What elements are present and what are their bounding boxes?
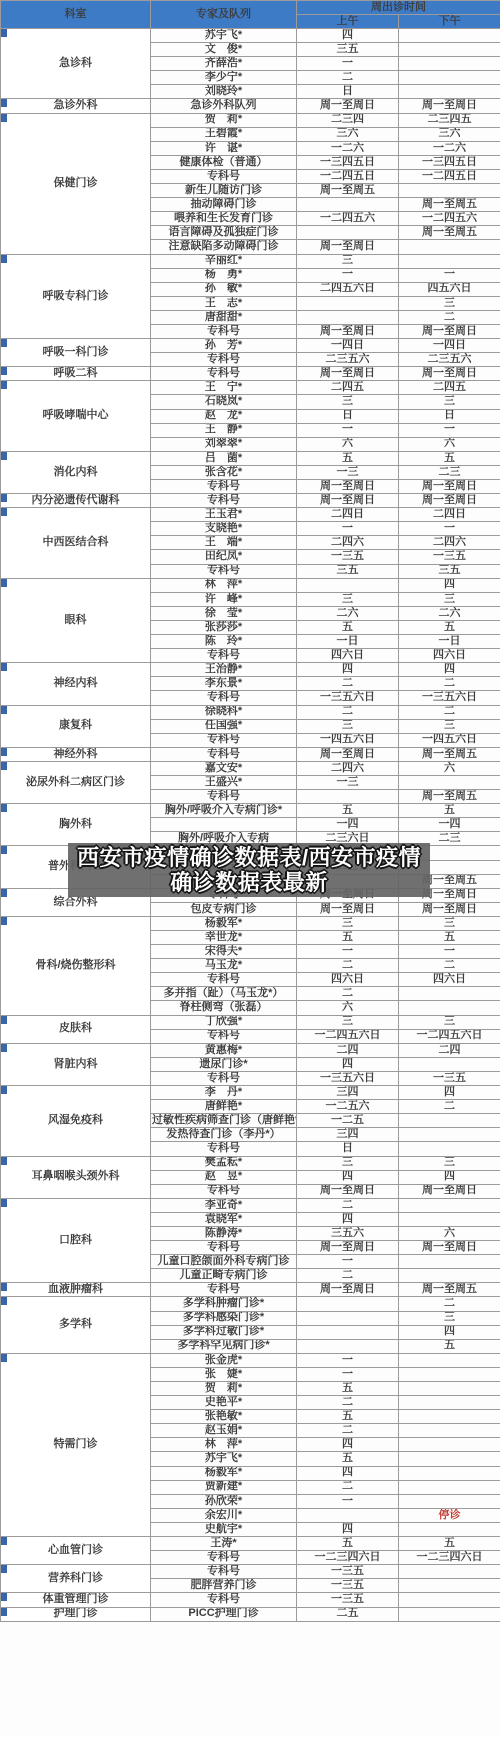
- pm-cell: 三: [399, 592, 500, 606]
- dept-cell: 肾脏内科: [1, 1043, 151, 1085]
- pm-cell: 四: [399, 663, 500, 677]
- pm-cell: [399, 1438, 500, 1452]
- am-cell: 周一至周日: [297, 902, 399, 916]
- am-cell: 三五: [297, 564, 399, 578]
- pm-cell: 二四五: [399, 381, 500, 395]
- dept-cell: 神经外科: [1, 747, 151, 761]
- expert-cell: 石晓岚*: [151, 395, 297, 409]
- dept-cell: 风湿免疫科: [1, 1086, 151, 1156]
- table-row: 营养科门诊专科号一三五: [1, 1565, 500, 1579]
- expert-cell: 专科号: [151, 1593, 297, 1607]
- pm-cell: 二三四五: [399, 113, 500, 127]
- pm-cell: 一日: [399, 635, 500, 649]
- am-cell: 一三: [297, 465, 399, 479]
- expert-cell: 专科号: [151, 353, 297, 367]
- expert-cell: 余宏川*: [151, 1508, 297, 1522]
- dept-cell: 皮肤科: [1, 1015, 151, 1043]
- pm-cell: 一三四五日: [399, 155, 500, 169]
- pm-cell: 周一至周日: [399, 367, 500, 381]
- am-cell: 五: [297, 931, 399, 945]
- expert-cell: 张含花*: [151, 465, 297, 479]
- am-cell: 周一至周日: [297, 1283, 399, 1297]
- pm-cell: 三六: [399, 127, 500, 141]
- pm-cell: [399, 987, 500, 1001]
- table-row: 呼吸哮喘中心王 宁*二四五二四五: [1, 381, 500, 395]
- am-cell: [297, 226, 399, 240]
- am-cell: 二: [297, 1396, 399, 1410]
- dept-cell: 骨科/烧伤整形科: [1, 916, 151, 1015]
- am-cell: [297, 578, 399, 592]
- expert-cell: 史艳平*: [151, 1396, 297, 1410]
- expert-cell: 包皮专病门诊: [151, 902, 297, 916]
- header-am: 上午: [297, 15, 399, 29]
- pm-cell: 一二四五六日: [399, 1029, 500, 1043]
- am-cell: 四: [297, 1466, 399, 1480]
- pm-cell: 四: [399, 578, 500, 592]
- expert-cell: 健康体检（普通）: [151, 155, 297, 169]
- dept-cell: 护理门诊: [1, 1607, 151, 1621]
- am-cell: 五: [297, 1382, 399, 1396]
- pm-cell: [399, 1269, 500, 1283]
- am-cell: 三: [297, 395, 399, 409]
- table-row: 消化内科吕 菌*五五: [1, 451, 500, 465]
- expert-cell: 王涛*: [151, 1537, 297, 1551]
- am-cell: 日: [297, 1142, 399, 1156]
- am-cell: 二: [297, 1480, 399, 1494]
- pm-cell: 一四: [399, 818, 500, 832]
- am-cell: 四: [297, 29, 399, 43]
- expert-cell: 专科号: [151, 691, 297, 705]
- table-row: 骨科/烧伤整形科杨毅军*三三: [1, 916, 500, 930]
- expert-cell: 胸外/呼吸介入专病门诊*: [151, 804, 297, 818]
- table-row: 急诊科苏宇飞*四: [1, 29, 500, 43]
- am-cell: 一三五: [297, 1593, 399, 1607]
- expert-cell: 许 峰*: [151, 592, 297, 606]
- pm-cell: 一三五: [399, 550, 500, 564]
- dept-cell: 营养科门诊: [1, 1565, 151, 1593]
- pm-cell: 二: [399, 1297, 500, 1311]
- table-row: 神经内科王治静*四四: [1, 663, 500, 677]
- pm-cell: [399, 29, 500, 43]
- table-row: 呼吸二科专科号周一至周日周一至周日: [1, 367, 500, 381]
- pm-cell: 三: [399, 1156, 500, 1170]
- expert-cell: 文 俊*: [151, 43, 297, 57]
- expert-cell: 专科号: [151, 169, 297, 183]
- pm-cell: 日: [399, 409, 500, 423]
- expert-cell: 李东景*: [151, 677, 297, 691]
- expert-cell: 专科号: [151, 1551, 297, 1565]
- expert-cell: 王 志*: [151, 296, 297, 310]
- expert-cell: 张金虎*: [151, 1353, 297, 1367]
- dept-cell: 耳鼻咽喉头颈外科: [1, 1156, 151, 1198]
- table-row: 眼科林 萍*四: [1, 578, 500, 592]
- am-cell: [297, 296, 399, 310]
- pm-cell: [399, 240, 500, 254]
- am-cell: 日: [297, 85, 399, 99]
- am-cell: 四六日: [297, 973, 399, 987]
- pm-cell: 三: [399, 395, 500, 409]
- expert-cell: 多并指（趾）（马玉龙*）: [151, 987, 297, 1001]
- am-cell: 一三五六日: [297, 1071, 399, 1085]
- pm-cell: 一: [399, 268, 500, 282]
- am-cell: 四: [297, 1522, 399, 1536]
- am-cell: 二: [297, 987, 399, 1001]
- pm-cell: [399, 184, 500, 198]
- dept-cell: 体重管理门诊: [1, 1593, 151, 1607]
- expert-cell: 专科号: [151, 790, 297, 804]
- header-time: 周出诊时间: [297, 1, 500, 15]
- expert-cell: 徐 莹*: [151, 606, 297, 620]
- expert-cell: 张艳敏*: [151, 1410, 297, 1424]
- expert-cell: 李少宁*: [151, 71, 297, 85]
- pm-cell: 二六: [399, 606, 500, 620]
- expert-cell: 林 萍*: [151, 1438, 297, 1452]
- expert-cell: 唐甜甜*: [151, 310, 297, 324]
- am-cell: 四: [297, 1057, 399, 1071]
- pm-cell: 四: [399, 1086, 500, 1100]
- pm-cell: [399, 1466, 500, 1480]
- am-cell: 三六: [297, 127, 399, 141]
- am-cell: 周一至周日: [297, 367, 399, 381]
- pm-cell: 五: [399, 1537, 500, 1551]
- am-cell: 四六日: [297, 649, 399, 663]
- am-cell: 一三: [297, 775, 399, 789]
- watermark-line-2: 确诊数据表最新: [170, 870, 328, 895]
- am-cell: 一三五六日: [297, 691, 399, 705]
- am-cell: 四: [297, 1438, 399, 1452]
- table-row: 内分泌遗传代谢科专科号周一至周日周一至周日: [1, 494, 500, 508]
- expert-cell: 儿童正畸专病门诊: [151, 1269, 297, 1283]
- pm-cell: 周一至周五: [399, 747, 500, 761]
- dept-cell: 呼吸一科门诊: [1, 339, 151, 367]
- am-cell: 周一至周日: [297, 1241, 399, 1255]
- header-pm: 下午: [399, 15, 500, 29]
- pm-cell: [399, 1057, 500, 1071]
- am-cell: 二: [297, 1198, 399, 1212]
- table-row: 体重管理门诊专科号一三五: [1, 1593, 500, 1607]
- pm-cell: 一三五六日: [399, 691, 500, 705]
- expert-cell: 王玉君*: [151, 508, 297, 522]
- expert-cell: 陈 玲*: [151, 635, 297, 649]
- dept-cell: 眼科: [1, 578, 151, 663]
- expert-cell: 专科号: [151, 973, 297, 987]
- table-row: 皮肤科丁欣强*三三: [1, 1015, 500, 1029]
- am-cell: 一: [297, 1367, 399, 1381]
- pm-cell: 一三五: [399, 1071, 500, 1085]
- expert-cell: 专科号: [151, 564, 297, 578]
- am-cell: [297, 1508, 399, 1522]
- expert-cell: 李 丹*: [151, 1086, 297, 1100]
- am-cell: 周一至周日: [297, 99, 399, 113]
- am-cell: 一二五六: [297, 1100, 399, 1114]
- pm-cell: [399, 1353, 500, 1367]
- am-cell: [297, 1311, 399, 1325]
- am-cell: 二: [297, 677, 399, 691]
- expert-cell: 专科号: [151, 1142, 297, 1156]
- table-row: 泌尿外科二病区门诊嘉文安*二四六六: [1, 761, 500, 775]
- pm-cell: [399, 1212, 500, 1226]
- am-cell: 六: [297, 437, 399, 451]
- table-row: 肾脏内科黄惠梅*二四二四: [1, 1043, 500, 1057]
- expert-cell: 任国强*: [151, 719, 297, 733]
- pm-cell: [399, 1198, 500, 1212]
- expert-cell: 专科号: [151, 367, 297, 381]
- expert-cell: 专科号: [151, 733, 297, 747]
- am-cell: 五: [297, 1452, 399, 1466]
- expert-cell: 刘翠翠*: [151, 437, 297, 451]
- pm-cell: [399, 57, 500, 71]
- pm-cell: 六: [399, 437, 500, 451]
- am-cell: 一二四五六: [297, 212, 399, 226]
- pm-cell: [399, 1607, 500, 1621]
- dept-cell: 呼吸二科: [1, 367, 151, 381]
- expert-cell: 孙 敏*: [151, 282, 297, 296]
- expert-cell: 王碧霞*: [151, 127, 297, 141]
- expert-cell: 贾新建*: [151, 1480, 297, 1494]
- expert-cell: 孙欣荣*: [151, 1494, 297, 1508]
- pm-cell: [399, 1579, 500, 1593]
- am-cell: 三: [297, 1156, 399, 1170]
- expert-cell: 发热待查门诊（李丹*）: [151, 1128, 297, 1142]
- pm-cell: 五: [399, 451, 500, 465]
- am-cell: 二: [297, 959, 399, 973]
- am-cell: 周一至周日: [297, 480, 399, 494]
- table-row: 康复科徐晓科*二二: [1, 705, 500, 719]
- watermark-line-1: 西安市疫情确诊数据表/西安市疫情: [77, 845, 421, 870]
- pm-cell: 一二六: [399, 141, 500, 155]
- expert-cell: 遗尿门诊*: [151, 1057, 297, 1071]
- expert-cell: 杨毅军*: [151, 916, 297, 930]
- outpatient-schedule-table: 科室 专家及队列 周出诊时间 上午 下午 急诊科苏宇飞*四文 俊*三五齐薛浩*一…: [0, 0, 500, 1622]
- dept-cell: 急诊外科: [1, 99, 151, 113]
- pm-cell: 一二四五日: [399, 169, 500, 183]
- am-cell: 日: [297, 409, 399, 423]
- am-cell: 二四: [297, 1043, 399, 1057]
- dept-cell: 呼吸哮喘中心: [1, 381, 151, 451]
- expert-cell: 儿童口腔颌面外科专病门诊: [151, 1255, 297, 1269]
- pm-cell: 一二三四六日: [399, 1551, 500, 1565]
- pm-cell: 五: [399, 620, 500, 634]
- expert-cell: 贺 莉*: [151, 113, 297, 127]
- am-cell: 四: [297, 663, 399, 677]
- pm-cell: 六: [399, 1226, 500, 1240]
- dept-cell: 多学科: [1, 1297, 151, 1353]
- am-cell: 五: [297, 804, 399, 818]
- am-cell: 二: [297, 71, 399, 85]
- dept-cell: 口腔科: [1, 1198, 151, 1283]
- pm-cell: [399, 1367, 500, 1381]
- expert-cell: 王 宁*: [151, 381, 297, 395]
- pm-cell: 四六日: [399, 973, 500, 987]
- am-cell: 二四五: [297, 381, 399, 395]
- am-cell: 一: [297, 522, 399, 536]
- expert-cell: 新生儿随访门诊: [151, 184, 297, 198]
- am-cell: 一三五: [297, 1579, 399, 1593]
- pm-cell: [399, 1565, 500, 1579]
- am-cell: 一二三四六日: [297, 1551, 399, 1565]
- am-cell: 二六: [297, 606, 399, 620]
- am-cell: 五: [297, 620, 399, 634]
- table-row: 特需门诊张金虎*一: [1, 1353, 500, 1367]
- am-cell: 五: [297, 1410, 399, 1424]
- table-row: 神经外科专科号周一至周日周一至周五: [1, 747, 500, 761]
- pm-cell: 二四六: [399, 536, 500, 550]
- pm-cell: [399, 85, 500, 99]
- pm-cell: 一二四五六: [399, 212, 500, 226]
- dept-cell: 神经内科: [1, 663, 151, 705]
- am-cell: 一二六: [297, 141, 399, 155]
- expert-cell: 抽动障碍门诊: [151, 198, 297, 212]
- pm-cell: 一四五六日: [399, 733, 500, 747]
- pm-cell: [399, 1001, 500, 1015]
- expert-cell: 吕 菌*: [151, 451, 297, 465]
- expert-cell: 徐晓科*: [151, 705, 297, 719]
- am-cell: 二: [297, 1424, 399, 1438]
- pm-cell: 停诊: [399, 1508, 500, 1522]
- expert-cell: 专科号: [151, 1241, 297, 1255]
- pm-cell: 二三: [399, 465, 500, 479]
- expert-cell: 急诊外科队列: [151, 99, 297, 113]
- pm-cell: 二: [399, 959, 500, 973]
- am-cell: 二: [297, 1269, 399, 1283]
- expert-cell: 田纪凤*: [151, 550, 297, 564]
- am-cell: 三: [297, 1015, 399, 1029]
- pm-cell: [399, 1494, 500, 1508]
- am-cell: 三五: [297, 43, 399, 57]
- pm-cell: 周一至周日: [399, 902, 500, 916]
- expert-cell: PICC护理门诊: [151, 1607, 297, 1621]
- expert-cell: 专科号: [151, 494, 297, 508]
- expert-cell: 史航宇*: [151, 1522, 297, 1536]
- am-cell: 一: [297, 945, 399, 959]
- pm-cell: [399, 1480, 500, 1494]
- pm-cell: 三: [399, 296, 500, 310]
- pm-cell: 五: [399, 804, 500, 818]
- dept-cell: 胸外科: [1, 804, 151, 846]
- expert-cell: 专科号: [151, 480, 297, 494]
- am-cell: 周一至周日: [297, 494, 399, 508]
- am-cell: 一三五: [297, 1565, 399, 1579]
- expert-cell: 许 谌*: [151, 141, 297, 155]
- header-dept: 科室: [1, 1, 151, 29]
- table-row: 多学科多学科肿瘤门诊*二: [1, 1297, 500, 1311]
- pm-cell: 一: [399, 945, 500, 959]
- pm-cell: [399, 775, 500, 789]
- pm-cell: 周一至周日: [399, 324, 500, 338]
- am-cell: 二四五六日: [297, 282, 399, 296]
- am-cell: 三: [297, 719, 399, 733]
- pm-cell: [399, 1142, 500, 1156]
- am-cell: 一三五: [297, 550, 399, 564]
- pm-cell: 周一至周日: [399, 99, 500, 113]
- expert-cell: 语言障碍及孤独症门诊: [151, 226, 297, 240]
- expert-cell: 多学科过敏门诊*: [151, 1325, 297, 1339]
- am-cell: 周一至周五: [297, 184, 399, 198]
- expert-cell: 李亚奇*: [151, 1198, 297, 1212]
- pm-cell: [399, 1593, 500, 1607]
- expert-cell: 杨 勇*: [151, 268, 297, 282]
- expert-cell: 多学科感染门诊*: [151, 1311, 297, 1325]
- pm-cell: 周一至周日: [399, 494, 500, 508]
- am-cell: [297, 310, 399, 324]
- am-cell: 三: [297, 592, 399, 606]
- am-cell: 二: [297, 705, 399, 719]
- pm-cell: 三: [399, 1311, 500, 1325]
- expert-cell: 专科号: [151, 1565, 297, 1579]
- am-cell: 五: [297, 451, 399, 465]
- pm-cell: 四: [399, 1325, 500, 1339]
- expert-cell: 宋得夫*: [151, 945, 297, 959]
- table-row: 急诊外科急诊外科队列周一至周日周一至周日: [1, 99, 500, 113]
- pm-cell: [399, 1128, 500, 1142]
- expert-cell: 注意缺陷多动障碍门诊: [151, 240, 297, 254]
- pm-cell: 四五六日: [399, 282, 500, 296]
- am-cell: 周一至周日: [297, 747, 399, 761]
- am-cell: [297, 198, 399, 212]
- pm-cell: 二: [399, 677, 500, 691]
- pm-cell: [399, 1114, 500, 1128]
- expert-cell: 赵 龙*: [151, 409, 297, 423]
- table-row: 呼吸专科门诊辛丽红*三: [1, 254, 500, 268]
- pm-cell: 六: [399, 761, 500, 775]
- expert-cell: 脊柱侧弯（张磊）: [151, 1001, 297, 1015]
- expert-cell: 专科号: [151, 1071, 297, 1085]
- am-cell: 二四六: [297, 761, 399, 775]
- am-cell: 一二四五日: [297, 169, 399, 183]
- table-row: 风湿免疫科李 丹*三四四: [1, 1086, 500, 1100]
- pm-cell: 五: [399, 1339, 500, 1353]
- watermark-overlay: 西安市疫情确诊数据表/西安市疫情 确诊数据表最新: [68, 843, 430, 897]
- dept-cell: 保健门诊: [1, 113, 151, 254]
- pm-cell: 一: [399, 522, 500, 536]
- pm-cell: 周一至周五: [399, 1283, 500, 1297]
- expert-cell: 幸世龙*: [151, 931, 297, 945]
- am-cell: 二三四: [297, 113, 399, 127]
- expert-cell: 专科号: [151, 1029, 297, 1043]
- am-cell: 一: [297, 1494, 399, 1508]
- pm-cell: [399, 1396, 500, 1410]
- expert-cell: 过敏性疾病筛查门诊（唐鲜艳*）: [151, 1114, 297, 1128]
- expert-cell: 赵 昱*: [151, 1170, 297, 1184]
- pm-cell: [399, 1255, 500, 1269]
- am-cell: 一三四五日: [297, 155, 399, 169]
- am-cell: 二四日: [297, 508, 399, 522]
- expert-cell: 王治静*: [151, 663, 297, 677]
- am-cell: 周一至周日: [297, 240, 399, 254]
- am-cell: 四: [297, 1170, 399, 1184]
- am-cell: 一二五: [297, 1114, 399, 1128]
- am-cell: 周一至周日: [297, 1184, 399, 1198]
- pm-cell: 二四日: [399, 508, 500, 522]
- am-cell: 五: [297, 1537, 399, 1551]
- expert-cell: 袁晓军*: [151, 1212, 297, 1226]
- table-row: 呼吸一科门诊孙 芳*一四日一四日: [1, 339, 500, 353]
- stopped-badge: 停诊: [439, 1509, 461, 1521]
- dept-cell: 呼吸专科门诊: [1, 254, 151, 339]
- pm-cell: 二: [399, 310, 500, 324]
- expert-cell: 喂养和生长发育门诊: [151, 212, 297, 226]
- pm-cell: [399, 71, 500, 85]
- am-cell: 四: [297, 1212, 399, 1226]
- expert-cell: 齐薛浩*: [151, 57, 297, 71]
- table-row: 中西医结合科王玉君*二四日二四日: [1, 508, 500, 522]
- pm-cell: 一四日: [399, 339, 500, 353]
- am-cell: 周一至周日: [297, 324, 399, 338]
- am-cell: 三: [297, 254, 399, 268]
- table-row: 保健门诊贺 莉*二三四二三四五: [1, 113, 500, 127]
- dept-cell: 康复科: [1, 705, 151, 747]
- pm-cell: 三: [399, 916, 500, 930]
